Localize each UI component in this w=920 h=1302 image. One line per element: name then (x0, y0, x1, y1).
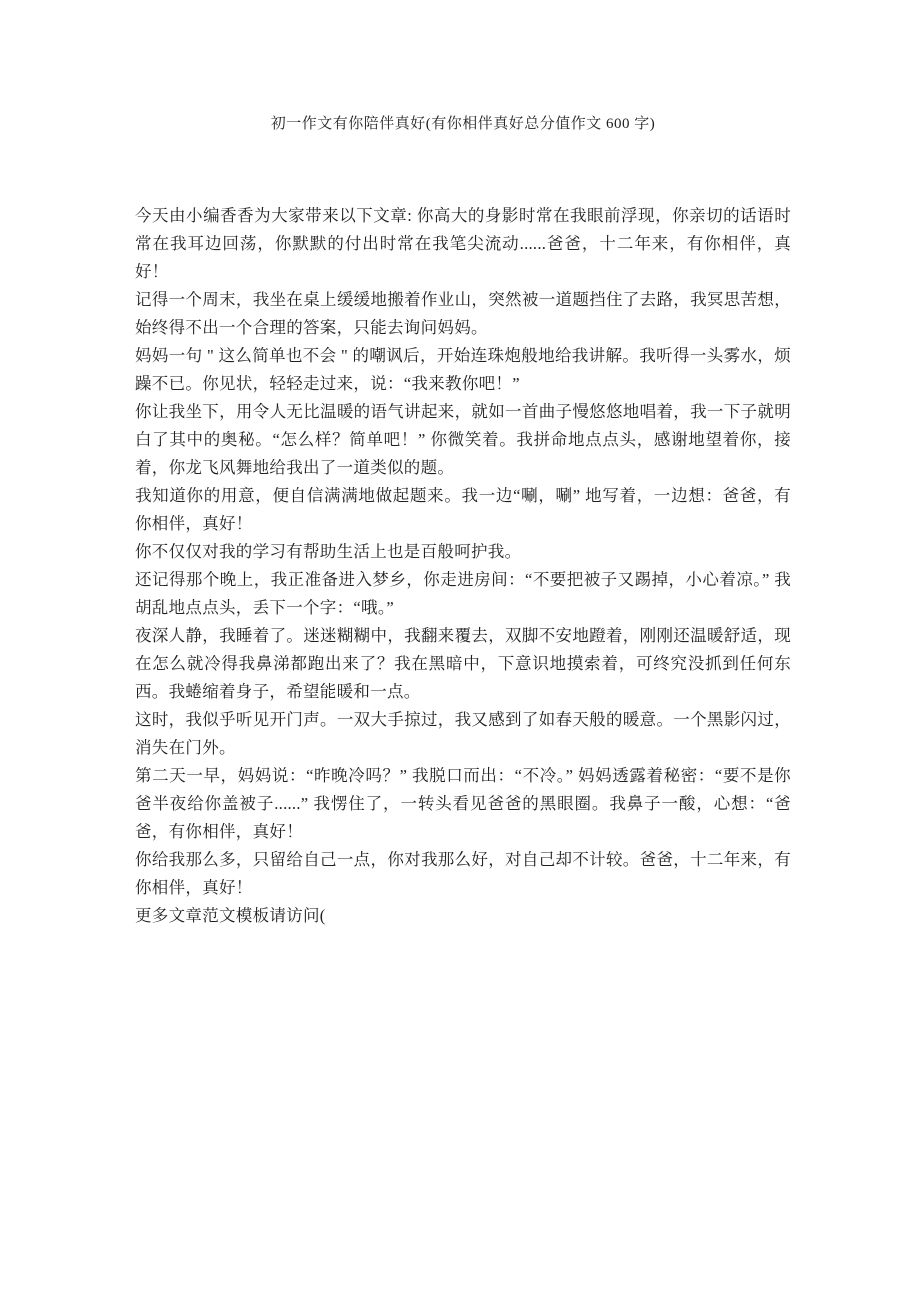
paragraph: 你给我那么多，只留给自己一点，你对我那么好，对自己却不计较。爸爸，十二年来，有你… (135, 846, 791, 902)
paragraph: 还记得那个晚上，我正准备进入梦乡，你走进房间：“不要把被子又踢掉，小心着凉。” … (135, 566, 791, 622)
paragraph: 我知道你的用意，便自信满满地做起题来。我一边“唰，唰” 地写着，一边想：爸爸，有… (135, 482, 791, 538)
paragraph: 第二天一早，妈妈说：“昨晚冷吗？” 我脱口而出：“不冷。” 妈妈透露着秘密：“要… (135, 762, 791, 846)
paragraph: 你让我坐下，用令人无比温暖的语气讲起来，就如一首曲子慢悠悠地唱着，我一下子就明白… (135, 398, 791, 482)
paragraph: 这时，我似乎听见开门声。一双大手掠过，我又感到了如春天般的暖意。一个黑影闪过，消… (135, 706, 791, 762)
paragraph: 今天由小编香香为大家带来以下文章: 你高大的身影时常在我眼前浮现，你亲切的话语时… (135, 202, 791, 286)
document-page: 初一作文有你陪伴真好(有你相伴真好总分值作文 600 字) 今天由小编香香为大家… (0, 0, 920, 1302)
paragraph: 更多文章范文模板请访问( (135, 902, 791, 930)
paragraph: 你不仅仅对我的学习有帮助生活上也是百般呵护我。 (135, 538, 791, 566)
document-content: 初一作文有你陪伴真好(有你相伴真好总分值作文 600 字) 今天由小编香香为大家… (135, 112, 791, 930)
paragraph: 夜深人静，我睡着了。迷迷糊糊中，我翻来覆去，双脚不安地蹬着，刚刚还温暖舒适，现在… (135, 622, 791, 706)
document-body: 今天由小编香香为大家带来以下文章: 你高大的身影时常在我眼前浮现，你亲切的话语时… (135, 202, 791, 930)
paragraph: 妈妈一句 " 这么简单也不会 " 的嘲讽后，开始连珠炮般地给我讲解。我听得一头雾… (135, 342, 791, 398)
document-title: 初一作文有你陪伴真好(有你相伴真好总分值作文 600 字) (135, 112, 791, 136)
paragraph: 记得一个周末，我坐在桌上缓缓地搬着作业山，突然被一道题挡住了去路，我冥思苦想，始… (135, 286, 791, 342)
